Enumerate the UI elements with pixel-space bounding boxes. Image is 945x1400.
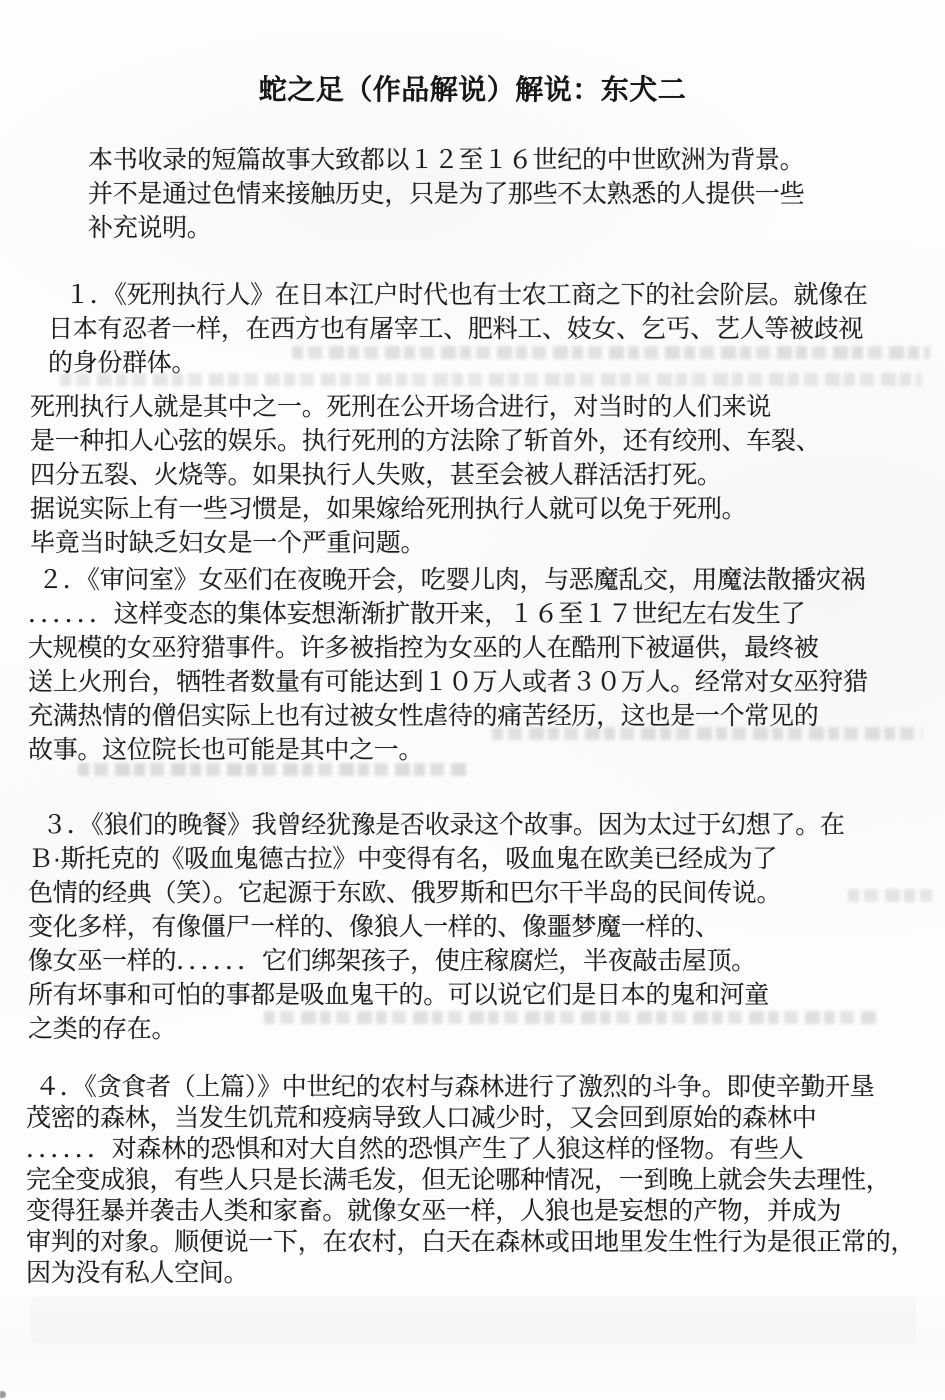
bleed-through-text-line bbox=[848, 889, 932, 902]
bleed-through-text-line bbox=[492, 727, 922, 740]
text-line: 本书收录的短篇故事大致都以１２至１６世纪的中世欧洲为背景。 bbox=[88, 143, 804, 177]
text-line: 据说实际上有一些习惯是，如果嫁给死刑执行人就可以免于死刑。 bbox=[30, 492, 820, 526]
text-line: 像女巫一样的．．．．．．它们绑架孩子，使庄稼腐烂，半夜敲击屋顶。 bbox=[28, 944, 845, 978]
text-line: 是一种扣人心弦的娱乐。执行死刑的方法除了斩首外，还有绞刑、车裂、 bbox=[30, 424, 820, 458]
text-line: 四分五裂、火烧等。如果执行人失败，甚至会被人群活活打死。 bbox=[30, 458, 820, 492]
section-4-paragraph: ４．《贪食者（上篇）》中世纪的农村与森林进行了激烈的斗争。即使辛勤开垦茂密的森林… bbox=[26, 1072, 915, 1289]
text-line: 变得狂暴并袭击人类和家畜。就像女巫一样，人狼也是妄想的产物，并成为 bbox=[26, 1196, 915, 1227]
text-line: 并不是通过色情来接触历史，只是为了那些不太熟悉的人提供一些 bbox=[88, 177, 804, 211]
text-line: ４．《贪食者（上篇）》中世纪的农村与森林进行了激烈的斗争。即使辛勤开垦 bbox=[26, 1072, 915, 1103]
bleed-through-text-line bbox=[292, 346, 930, 359]
text-line: ３．《狼们的晚餐》我曾经犹豫是否收录这个故事。因为太过于幻想了。在 bbox=[28, 808, 845, 842]
text-line: 色情的经典（笑）。它起源于东欧、俄罗斯和巴尔干半岛的民间传说。 bbox=[28, 876, 845, 910]
scan-shading-patch bbox=[30, 1296, 916, 1344]
section-1-heading-paragraph: １．《死刑执行人》在日本江户时代也有士农工商之下的社会阶层。就像在日本有忍者一样… bbox=[48, 278, 868, 380]
text-line: 死刑执行人就是其中之一。死刑在公开场合进行，对当时的人们来说 bbox=[30, 390, 820, 424]
text-line: 审判的对象。顺便说一下，在农村，白天在森林或田地里发生性行为是很正常的， bbox=[26, 1227, 915, 1258]
bleed-through-text-line bbox=[78, 763, 468, 776]
text-line: 日本有忍者一样，在西方也有屠宰工、肥料工、妓女、乞丐、艺人等被歧视 bbox=[48, 312, 868, 346]
text-line: 送上火刑台，牺牲者数量有可能达到１０万人或者３０万人。经常对女巫狩猎 bbox=[28, 665, 868, 699]
section-1-body-paragraph: 死刑执行人就是其中之一。死刑在公开场合进行，对当时的人们来说是一种扣人心弦的娱乐… bbox=[30, 390, 820, 560]
text-line: 变化多样，有像僵尸一样的、像狼人一样的、像噩梦魔一样的、 bbox=[28, 910, 845, 944]
bleed-through-text-line bbox=[264, 1011, 878, 1024]
text-line: Ｂ·斯托克的《吸血鬼德古拉》中变得有名，吸血鬼在欧美已经成为了 bbox=[28, 842, 845, 876]
text-line: 茂密的森林，当发生饥荒和疫病导致人口减少时，又会回到原始的森林中 bbox=[26, 1103, 915, 1134]
text-line: 所有坏事和可怕的事都是吸血鬼干的。可以说它们是日本的鬼和河童 bbox=[28, 978, 845, 1012]
text-line: 补充说明。 bbox=[88, 211, 804, 245]
scan-edge-speck bbox=[0, 1391, 6, 1398]
text-line: ．．．．．．对森林的恐惧和对大自然的恐惧产生了人狼这样的怪物。有些人 bbox=[26, 1134, 915, 1165]
text-line: １．《死刑执行人》在日本江户时代也有士农工商之下的社会阶层。就像在 bbox=[48, 278, 868, 312]
text-line: 毕竟当时缺乏妇女是一个严重问题。 bbox=[30, 526, 820, 560]
text-line: 大规模的女巫狩猎事件。许多被指控为女巫的人在酷刑下被逼供，最终被 bbox=[28, 631, 868, 665]
text-line: 完全变成狼，有些人只是长满毛发，但无论哪种情况，一到晚上就会失去理性， bbox=[26, 1165, 915, 1196]
text-line: 因为没有私人空间。 bbox=[26, 1258, 915, 1289]
text-line: ２．《审问室》女巫们在夜晚开会，吃婴儿肉，与恶魔乱交，用魔法散播灾祸 bbox=[28, 563, 868, 597]
intro-paragraph: 本书收录的短篇故事大致都以１２至１６世纪的中世欧洲为背景。并不是通过色情来接触历… bbox=[88, 143, 804, 245]
scanned-document-page: 蛇之足（作品解说）解说：东犬二 本书收录的短篇故事大致都以１２至１６世纪的中世欧… bbox=[0, 0, 945, 1400]
bleed-through-text-line bbox=[60, 373, 922, 386]
page-title: 蛇之足（作品解说）解说：东犬二 bbox=[0, 68, 945, 108]
text-line: ．．．．．．这样变态的集体妄想渐渐扩散开来，１６至１７世纪左右发生了 bbox=[28, 597, 868, 631]
